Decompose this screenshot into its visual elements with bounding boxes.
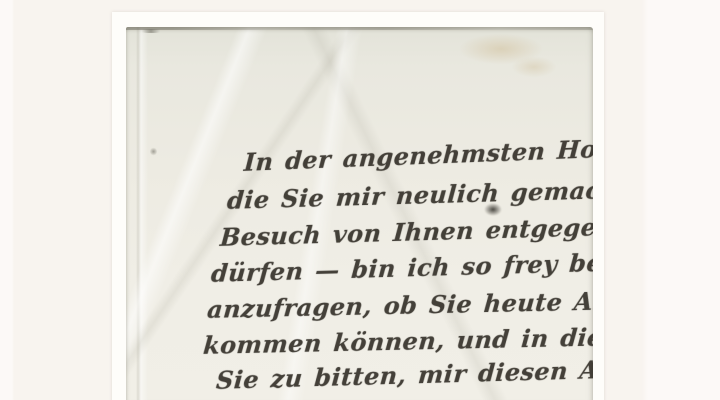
paper-speck [150, 147, 157, 156]
letter-photo-page: In der angenehmsten Hoffnung, die Sie mi… [0, 0, 720, 400]
handwriting-line: Sie zu bitten, mir diesen Abend [215, 353, 593, 396]
handwriting-line: kommen können, und in diesem Fall [202, 320, 593, 361]
handwriting-block: In der angenehmsten Hoffnung, die Sie mi… [126, 27, 593, 400]
handwriting-line: anzufragen, ob Sie heute Abend ab- [206, 284, 593, 325]
letter-scan: In der angenehmsten Hoffnung, die Sie mi… [112, 12, 604, 400]
handwriting-line: In der angenehmsten Hoffnung, [243, 130, 593, 178]
ink-blot [484, 203, 502, 216]
letter-paper: In der angenehmsten Hoffnung, die Sie mi… [126, 27, 593, 400]
handwriting-line: Besuch von Ihnen entgegensehen zu [219, 208, 593, 253]
paper-edge-mark [138, 29, 164, 33]
handwriting-line: die Sie mir neulich gemacht, einen [226, 172, 593, 216]
